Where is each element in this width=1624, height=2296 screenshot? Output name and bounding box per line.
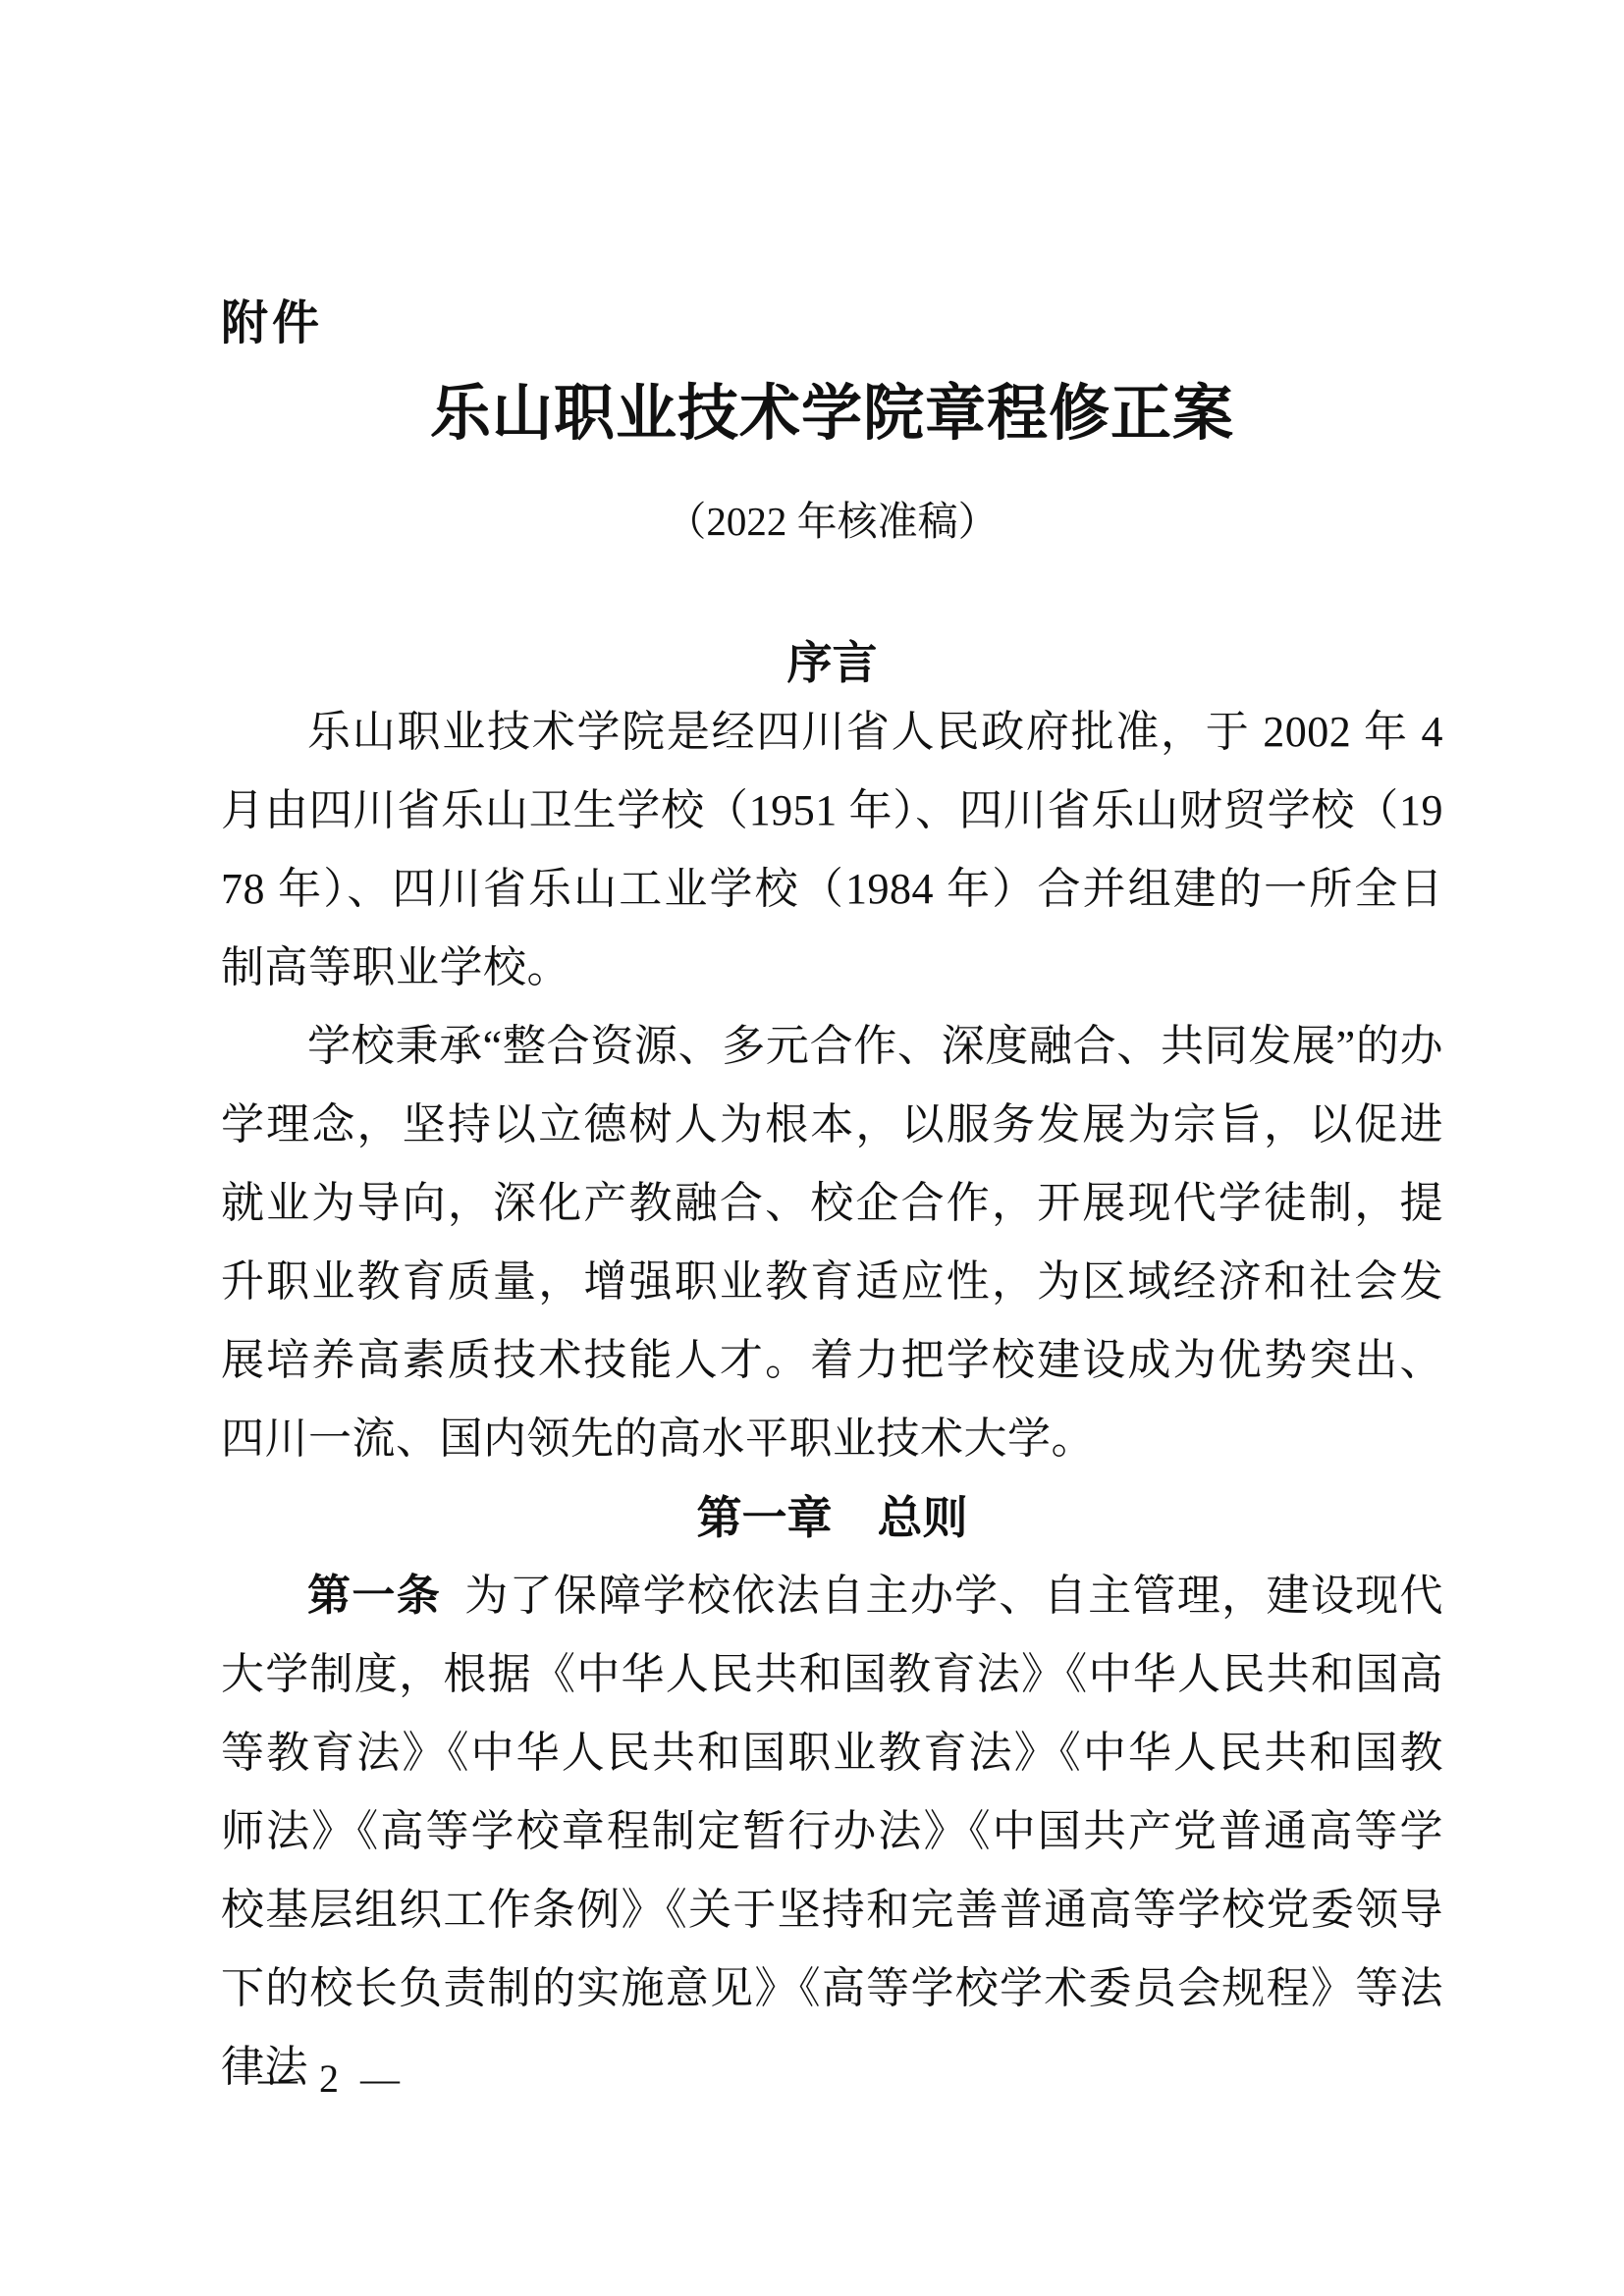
document-title: 乐山职业技术学院章程修正案 xyxy=(221,377,1443,452)
article1-paragraph: 第一条为了保障学校依法自主办学、自主管理，建设现代大学制度，根据《中华人民共和国… xyxy=(221,1557,1443,2107)
document-subtitle: （2022 年核准稿） xyxy=(221,495,1443,548)
document-page: 附件 乐山职业技术学院章程修正案 （2022 年核准稿） 序言 乐山职业技术学院… xyxy=(0,0,1624,2296)
preface-paragraph-2: 学校秉承“整合资源、多元合作、深度融合、共同发展”的办学理念，坚持以立德树人为根… xyxy=(221,1007,1443,1478)
chapter1-heading: 第一章 总则 xyxy=(221,1478,1443,1557)
preface-heading: 序言 xyxy=(221,632,1443,693)
document-content: 附件 乐山职业技术学院章程修正案 （2022 年核准稿） 序言 乐山职业技术学院… xyxy=(221,294,1443,2107)
article1-number: 第一条 xyxy=(307,1572,441,1620)
article1-text: 为了保障学校依法自主办学、自主管理，建设现代大学制度，根据《中华人民共和国教育法… xyxy=(221,1572,1443,2091)
preface-paragraph-1: 乐山职业技术学院是经四川省人民政府批准，于 2002 年 4 月由四川省乐山卫生… xyxy=(221,693,1443,1007)
page-number: — 2 — xyxy=(258,2054,406,2105)
attachment-label: 附件 xyxy=(221,294,1443,353)
